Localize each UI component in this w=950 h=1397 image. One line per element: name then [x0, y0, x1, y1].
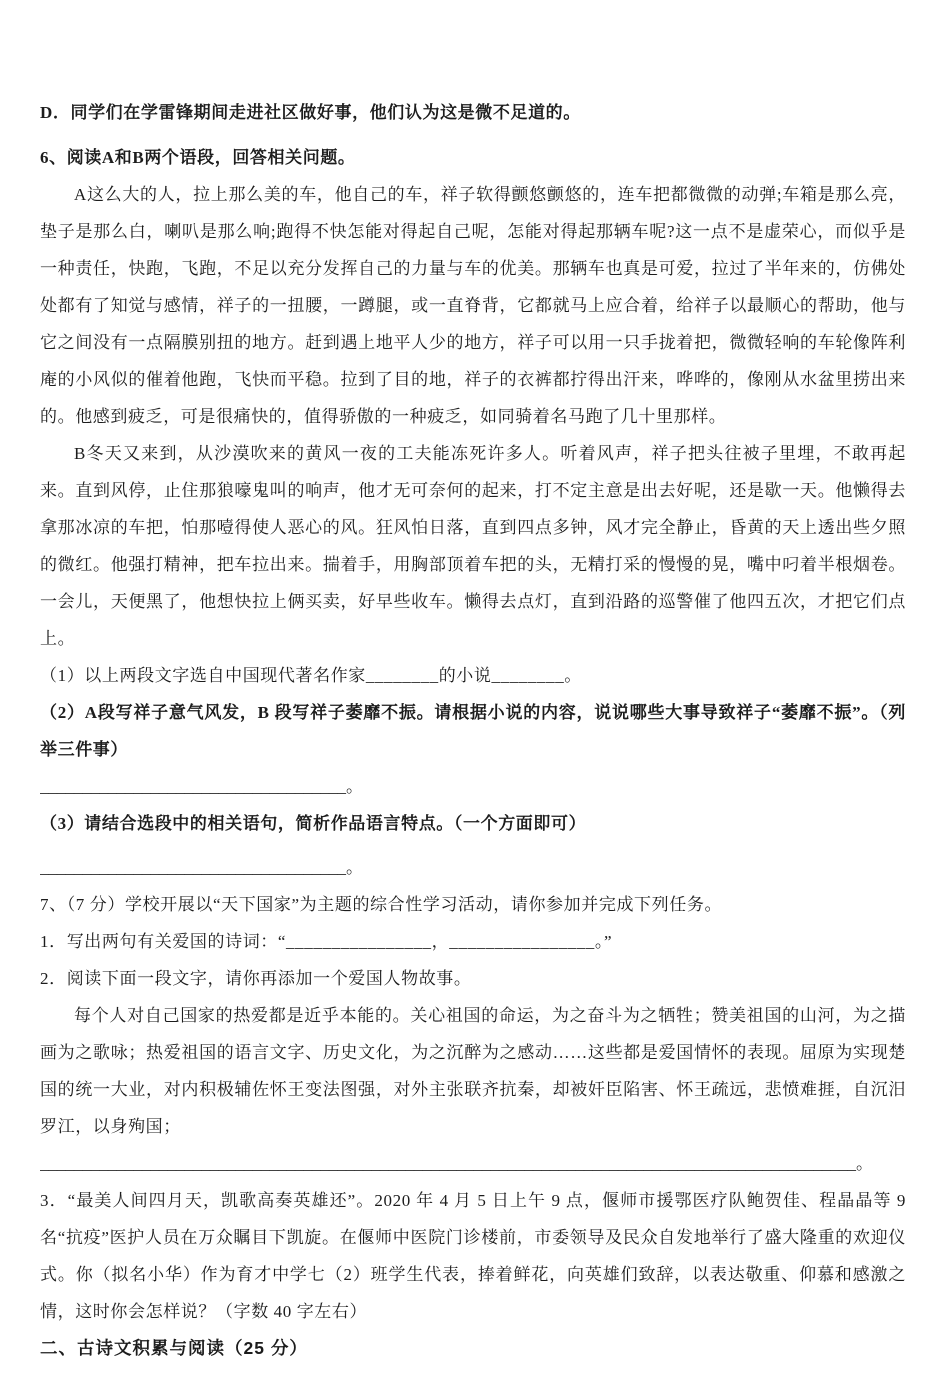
question-7-task3: 3．“最美人间四月天，凯歌高奏英雄还”。2020 年 4 月 5 日上午 9 点…	[40, 1182, 906, 1330]
exam-page: D．同学们在学雷锋期间走进社区做好事，他们认为这是微不足道的。 6、阅读A和B两…	[0, 0, 950, 1397]
section-2-heading: 二、古诗文积累与阅读（25 分）	[40, 1330, 906, 1367]
passage-a: A这么大的人，拉上那么美的车，他自己的车，祥子软得颤悠颤悠的，连车把都微微的动弹…	[40, 176, 906, 435]
question-7-answer-blank: ________________________________________…	[40, 1145, 906, 1182]
question-6-sub2: （2）A段写祥子意气风发，B 段写祥子萎靡不振。请根据小说的内容，说说哪些大事导…	[40, 694, 906, 768]
question-6-stem: 6、阅读A和B两个语段，回答相关问题。	[40, 139, 906, 176]
question-7-task1: 1．写出两句有关爱国的诗词：“________________，________…	[40, 923, 906, 960]
question-7-task2: 2．阅读下面一段文字，请你再添加一个爱国人物故事。	[40, 960, 906, 997]
question-7-stem: 7、（7 分）学校开展以“天下国家”为主题的综合性学习活动，请你参加并完成下列任…	[40, 886, 906, 923]
question-6-sub3-answer-blank: ____________________________________。	[40, 849, 906, 886]
question-6-sub3: （3）请结合选段中的相关语句，简析作品语言特点。（一个方面即可）	[40, 805, 906, 842]
option-d: D．同学们在学雷锋期间走进社区做好事，他们认为这是微不足道的。	[40, 94, 906, 131]
question-6-sub1: （1）以上两段文字选自中国现代著名作家________的小说________。	[40, 657, 906, 694]
question-7-passage: 每个人对自己国家的热爱都是近乎本能的。关心祖国的命运，为之奋斗为之牺牲；赞美祖国…	[40, 997, 906, 1145]
question-6-sub2-answer-blank: ____________________________________。	[40, 768, 906, 805]
passage-b: B冬天又来到，从沙漠吹来的黄风一夜的工夫能冻死许多人。听着风声，祥子把头往被子里…	[40, 435, 906, 657]
